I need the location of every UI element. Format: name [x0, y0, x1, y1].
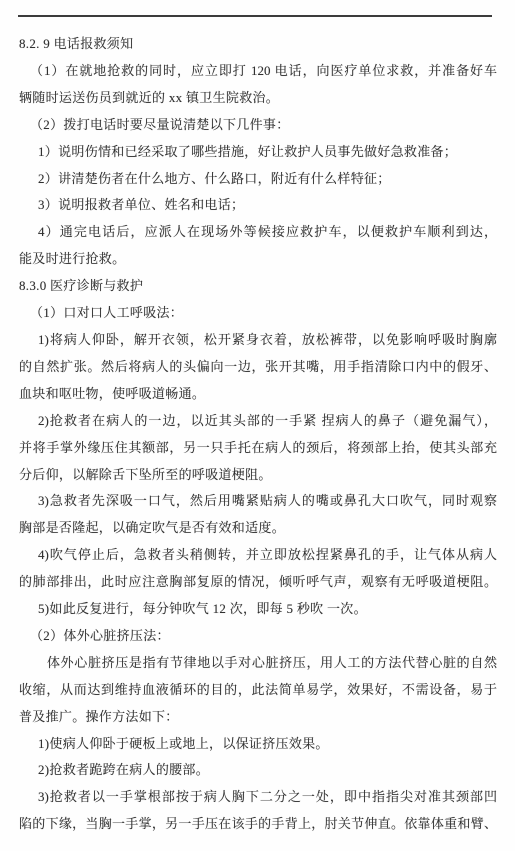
para-compress-desc-line-1: 体外心脏挤压是指有节律地以手对心脏挤压，用人工的方法代替心脏的自然 [19, 650, 497, 677]
para-call-120-line-2: 辆随时运送伤员到就近的 xx 镇卫生院救治。 [19, 85, 497, 112]
list-item-3-caller-info: 3）说明报救者单位、姓名和电话； [19, 192, 497, 219]
para-compress-desc-line-3: 普及推广。操作方法如下： [19, 704, 497, 731]
step-2-pinch-nose-line-2: 并将手掌外缘压住其额部，另一只手托在病人的颈后，将颈部上抬，使其头部充 [19, 435, 497, 462]
para-call-checklist-intro: （2）拨打电话时要尽量说清楚以下几件事： [19, 112, 497, 139]
list-item-1-injury-info: 1）说明伤情和已经采取了哪些措施，好让救护人员事先做好急救准备； [19, 139, 497, 166]
para-call-120-line-1: （1）在就地抢救的同时，应立即打 120 电话，向医疗单位求救，并准备好车 [19, 58, 497, 85]
list-item-2-location-info: 2）讲清楚伤者在什么地方、什么路口，附近有什么样特征； [19, 166, 497, 193]
subsection-chest-compress: （2）体外心脏挤压法： [19, 623, 497, 650]
step-1-position-line-3: 血块和呕吐物，使呼吸道畅通。 [19, 381, 497, 408]
step-5-repeat: 5)如此反复进行，每分钟吹气 12 次，即每 5 秒吹 一次。 [19, 596, 497, 623]
page-top-rule [18, 15, 492, 17]
document-page: 8.2. 9 电话报救须知 （1）在就地抢救的同时，应立即打 120 电话，向医… [0, 0, 515, 851]
section-heading-8-2-9: 8.2. 9 电话报救须知 [19, 31, 497, 58]
step-2-pinch-nose-line-3: 分后仰，以解除舌下坠所至的呼吸道梗阻。 [19, 462, 497, 489]
compress-step-1-hard-board: 1)使病人仰卧于硬板上或地上，以保证挤压效果。 [19, 731, 497, 758]
step-3-blow-air-line-1: 3)急救者先深吸一口气，然后用嘴紧贴病人的嘴或鼻孔大口吹气，同时观察 [19, 488, 497, 515]
section-heading-8-3-0: 8.3.0 医疗诊断与救护 [19, 273, 497, 300]
list-item-4-wait-line-2: 能及时进行抢救。 [19, 246, 497, 273]
compress-step-2-kneel: 2)抢救者跪跨在病人的腰部。 [19, 757, 497, 784]
compress-step-3-line-1: 3)抢救者以一手掌根部按于病人胸下二分之一处，即中指指尖对准其颈部凹 [19, 784, 497, 811]
step-2-pinch-nose-line-1: 2)抢救者在病人的一边，以近其头部的一手紧 捏病人的鼻子（避免漏气）， [19, 408, 497, 435]
para-compress-desc-line-2: 收缩，从而达到维持血液循环的目的，此法简单易学，效果好，不需设备，易于 [19, 677, 497, 704]
step-1-position-line-1: 1)将病人仰卧，解开衣领，松开紧身衣着，放松裤带，以免影响呼吸时胸廓 [19, 327, 497, 354]
step-4-release-line-2: 的肺部排出，此时应注意胸部复原的情况，倾听呼气声，观察有无呼吸道梗阻。 [19, 569, 497, 596]
list-item-4-wait-line-1: 4）通完电话后，应派人在现场外等候接应救护车，以便救护车顺利到达， [19, 219, 497, 246]
step-1-position-line-2: 的自然扩张。然后将病人的头偏向一边，张开其嘴，用手指清除口内中的假牙、 [19, 354, 497, 381]
document-body: 8.2. 9 电话报救须知 （1）在就地抢救的同时，应立即打 120 电话，向医… [19, 31, 497, 838]
compress-step-3-line-2: 陷的下缘，当胸一手掌，另一手压在该手的手背上，肘关节伸直。依靠体重和臂、 [19, 811, 497, 838]
subsection-mouth-to-mouth: （1）口对口人工呼吸法： [19, 300, 497, 327]
step-3-blow-air-line-2: 胸部是否隆起，以确定吹气是否有效和适度。 [19, 515, 497, 542]
step-4-release-line-1: 4)吹气停止后，急救者头稍侧转，并立即放松捏紧鼻孔的手，让气体从病人 [19, 542, 497, 569]
